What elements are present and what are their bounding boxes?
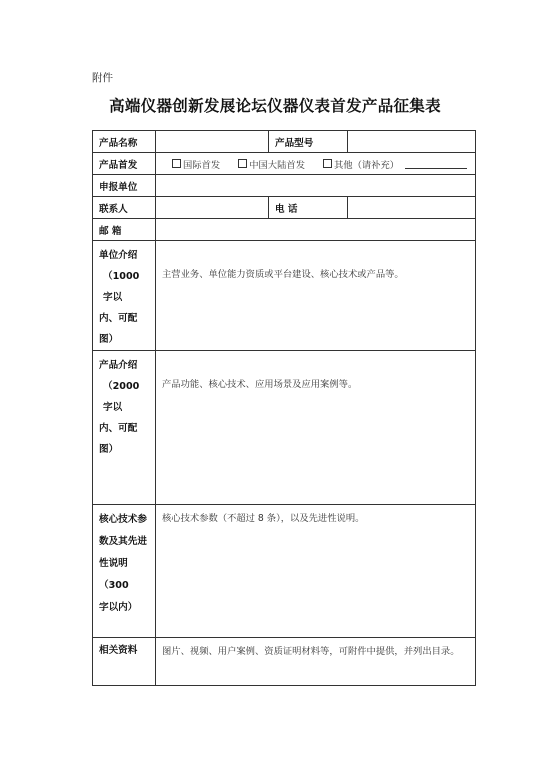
related-materials-hint: 图片、视频、用户案例、资质证明材料等，可附件中提供，并列出目录。	[162, 646, 460, 657]
phone-field[interactable]	[348, 197, 476, 219]
form-title: 高端仪器创新发展论坛仪器仪表首发产品征集表	[0, 94, 550, 116]
email-field[interactable]	[156, 219, 476, 241]
core-params-field[interactable]: 核心技术参数（不超过 8 条），以及先进性说明。	[156, 505, 476, 638]
product-intro-hint: 产品功能、核心技术、应用场景及应用案例等。	[162, 379, 357, 390]
label-line: 字以内）	[99, 597, 149, 619]
product-name-field[interactable]	[156, 131, 269, 153]
row-email: 邮 箱	[93, 219, 476, 241]
contact-person-field[interactable]	[156, 197, 269, 219]
checkbox-icon[interactable]	[238, 159, 247, 168]
launch-option-mainland[interactable]: 中国大陆首发	[238, 157, 305, 171]
other-fill-in-line[interactable]	[405, 159, 467, 169]
label-line: 数及其先进	[99, 531, 149, 553]
product-model-field[interactable]	[348, 131, 476, 153]
launch-option-international[interactable]: 国际首发	[172, 157, 220, 171]
product-launch-options: 国际首发 中国大陆首发 其他（请补充）	[156, 153, 476, 175]
row-product-intro: 产品介绍 （2000 字以 内、可配图） 产品功能、核心技术、应用场景及应用案例…	[93, 351, 476, 505]
row-unit-intro: 单位介绍 （1000 字以 内、可配图） 主营业务、单位能力资质或平台建设、核心…	[93, 241, 476, 351]
row-product-name: 产品名称 产品型号	[93, 131, 476, 153]
related-materials-field[interactable]: 图片、视频、用户案例、资质证明材料等，可附件中提供，并列出目录。	[156, 638, 476, 686]
phone-label: 电 话	[269, 197, 348, 219]
label-line: 内、可配图）	[99, 418, 149, 460]
unit-intro-field[interactable]: 主营业务、单位能力资质或平台建设、核心技术或产品等。	[156, 241, 476, 351]
row-product-launch: 产品首发 国际首发 中国大陆首发 其他（请补充）	[93, 153, 476, 175]
product-launch-label: 产品首发	[93, 153, 156, 175]
unit-intro-hint: 主营业务、单位能力资质或平台建设、核心技术或产品等。	[162, 269, 404, 280]
option-label: 中国大陆首发	[249, 157, 305, 171]
label-line: 性说明（300	[99, 553, 149, 597]
contact-person-label: 联系人	[93, 197, 156, 219]
row-core-params: 核心技术参 数及其先进 性说明（300 字以内） 核心技术参数（不超过 8 条）…	[93, 505, 476, 638]
label-line: （1000 字以	[99, 266, 149, 308]
label-line: （2000 字以	[99, 376, 149, 418]
product-submission-form: 产品名称 产品型号 产品首发 国际首发 中国大陆首发 其他（请补充）	[92, 130, 476, 686]
applicant-unit-label: 申报单位	[93, 175, 156, 197]
product-intro-field[interactable]: 产品功能、核心技术、应用场景及应用案例等。	[156, 351, 476, 505]
unit-intro-label: 单位介绍 （1000 字以 内、可配图）	[93, 241, 156, 351]
option-label: 其他（请补充）	[334, 157, 399, 171]
core-params-hint: 核心技术参数（不超过 8 条），以及先进性说明。	[162, 513, 364, 524]
checkbox-icon[interactable]	[323, 159, 332, 168]
label-line: 内、可配图）	[99, 308, 149, 350]
row-related-materials: 相关资料 图片、视频、用户案例、资质证明材料等，可附件中提供，并列出目录。	[93, 638, 476, 686]
product-intro-label: 产品介绍 （2000 字以 内、可配图）	[93, 351, 156, 505]
checkbox-icon[interactable]	[172, 159, 181, 168]
email-label: 邮 箱	[93, 219, 156, 241]
product-model-label: 产品型号	[269, 131, 348, 153]
option-label: 国际首发	[183, 157, 220, 171]
product-name-label: 产品名称	[93, 131, 156, 153]
applicant-unit-field[interactable]	[156, 175, 476, 197]
core-params-label: 核心技术参 数及其先进 性说明（300 字以内）	[93, 505, 156, 638]
label-line: 单位介绍	[99, 245, 149, 266]
related-materials-label: 相关资料	[93, 638, 156, 686]
attachment-label: 附件	[92, 70, 113, 85]
row-contact: 联系人 电 话	[93, 197, 476, 219]
row-applicant-unit: 申报单位	[93, 175, 476, 197]
launch-option-other[interactable]: 其他（请补充）	[323, 157, 467, 171]
label-line: 产品介绍	[99, 355, 149, 376]
label-line: 核心技术参	[99, 509, 149, 531]
